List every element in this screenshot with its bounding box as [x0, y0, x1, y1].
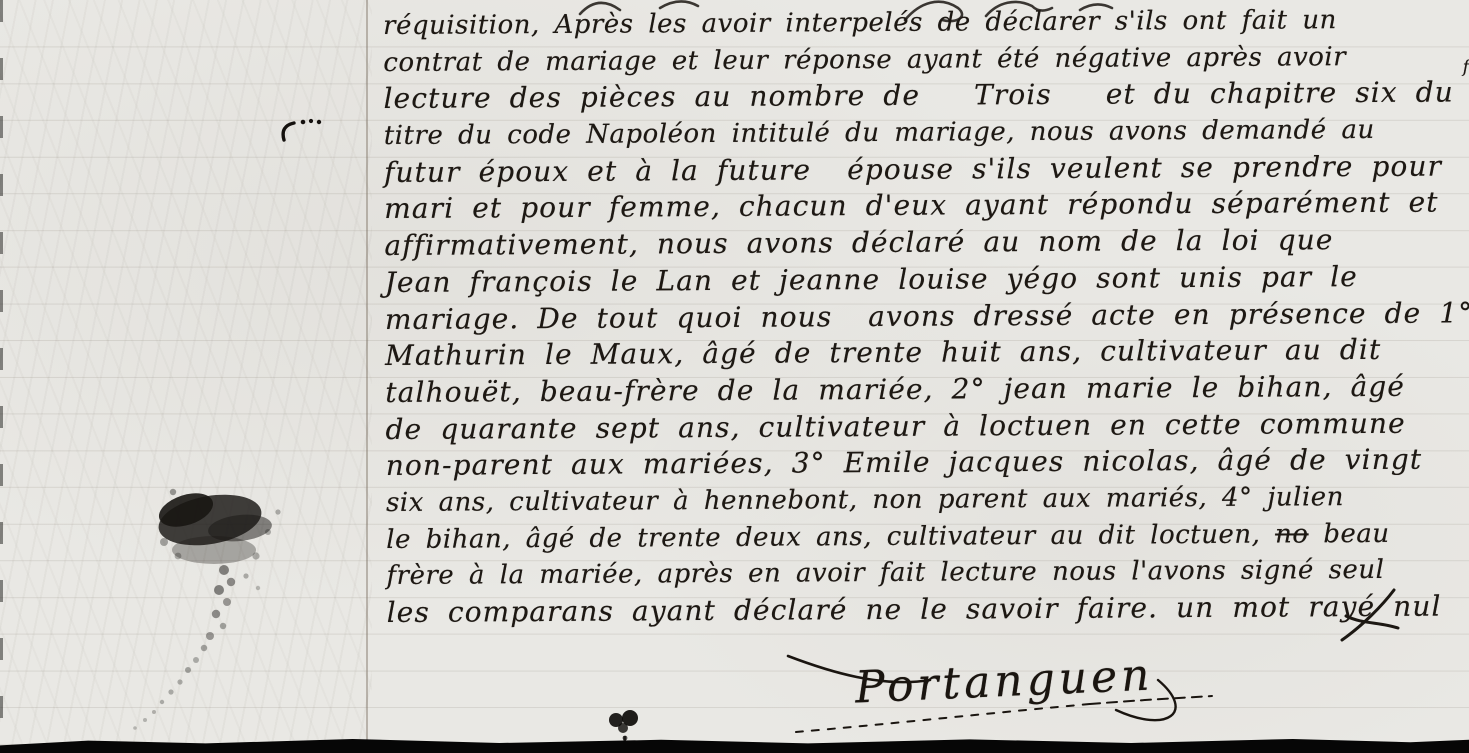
- struck-word: no: [1275, 519, 1309, 549]
- manuscript-line-2-text: contrat de mariage et leur réponse ayant…: [383, 42, 1346, 78]
- ink-squiggle-icon: [278, 116, 338, 146]
- line-15-post: beau: [1308, 518, 1389, 548]
- closing-paraph-mark-icon: [1332, 586, 1410, 646]
- page-edge-line: [0, 0, 3, 753]
- interline-word-note: fait: [1463, 59, 1469, 76]
- document-page: réquisition, Après les avoir interpelés …: [0, 0, 1469, 753]
- manuscript-text-block: réquisition, Après les avoir interpelés …: [383, 1, 1469, 631]
- line-15-pre: le bihan, âgé de trente deux ans, cultiv…: [386, 519, 1275, 554]
- ink-blot-smudge-icon: [118, 468, 333, 743]
- manuscript-line-17: les comparans ayant déclaré ne le savoir…: [387, 588, 1469, 631]
- signature-block: Portanguen: [760, 638, 1469, 750]
- margin-rule-line: [366, 0, 368, 753]
